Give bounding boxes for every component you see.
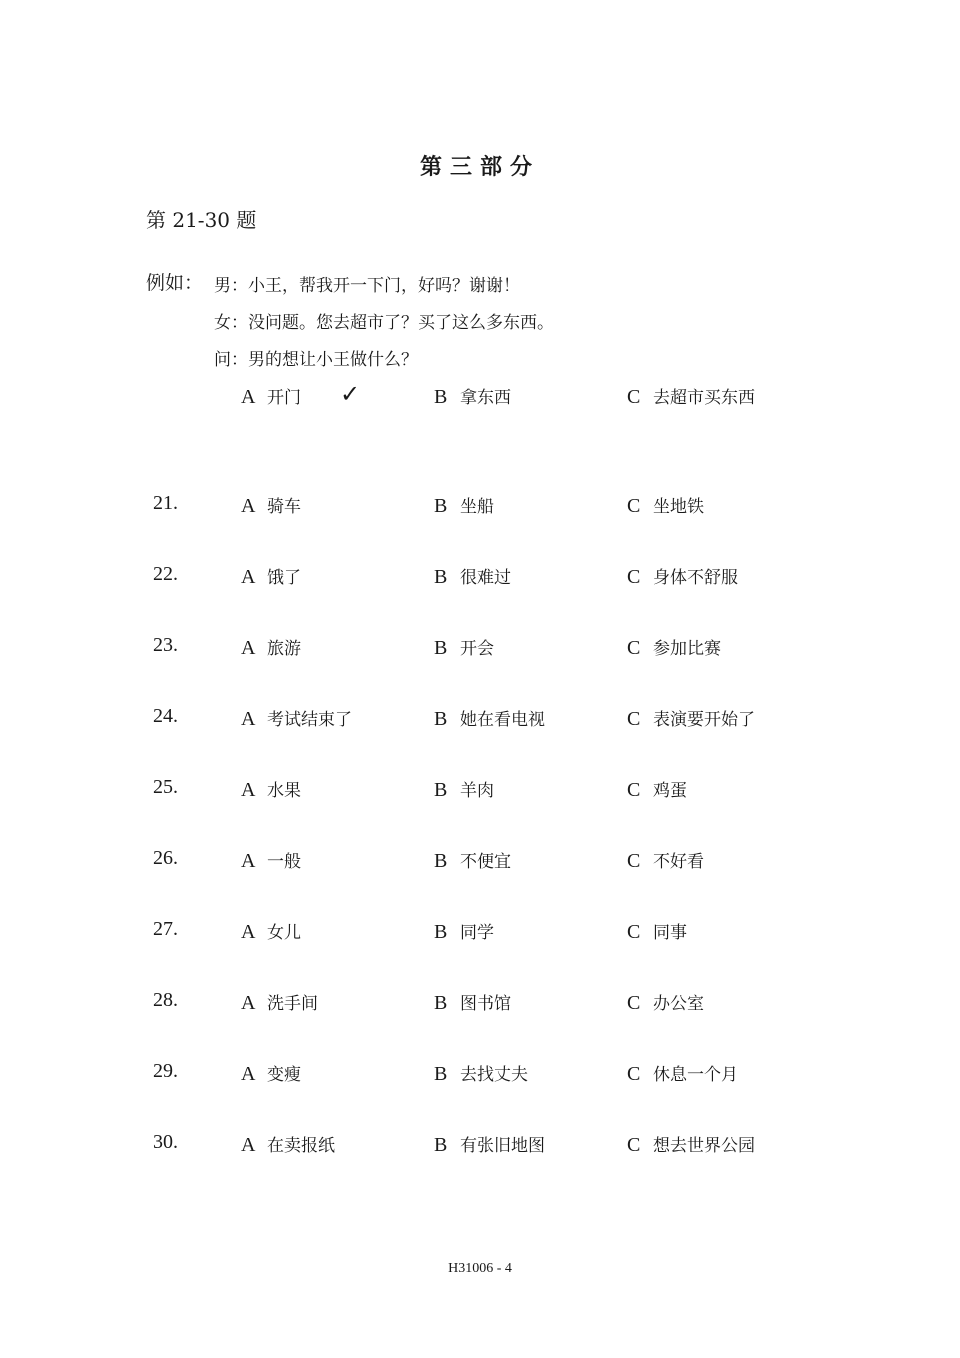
option-text: 拿东西 xyxy=(460,388,511,408)
option-letter: C xyxy=(627,850,653,873)
answer-option: B很难过 xyxy=(434,563,511,589)
option-text: 开门 xyxy=(267,388,301,408)
question-number: 29. xyxy=(153,1060,178,1083)
question-range: 第 21-30 题 xyxy=(146,204,256,233)
example-label: 例如： xyxy=(146,268,203,295)
option-letter: A xyxy=(241,386,267,409)
answer-option: C想去世界公园 xyxy=(627,1131,755,1157)
option-text: 开会 xyxy=(460,639,494,659)
option-letter: C xyxy=(627,992,653,1015)
option-letter: B xyxy=(434,1063,460,1086)
page-footer: H31006 - 4 xyxy=(0,1261,960,1277)
option-text: 很难过 xyxy=(460,568,511,588)
example-line-question: 问：男的想让小王做什么？ xyxy=(214,345,418,370)
question-number: 26. xyxy=(153,847,178,870)
option-text: 想去世界公园 xyxy=(653,1136,755,1156)
option-text: 同学 xyxy=(460,923,494,943)
option-letter: A xyxy=(241,921,267,944)
answer-option: B去找丈夫 xyxy=(434,1060,528,1086)
option-text: 有张旧地图 xyxy=(460,1136,545,1156)
option-letter: A xyxy=(241,1063,267,1086)
answer-option: B同学 xyxy=(434,918,494,944)
option-letter: C xyxy=(627,921,653,944)
option-text: 坐地铁 xyxy=(653,497,704,517)
option-text: 考试结束了 xyxy=(267,710,352,730)
answer-option: C身体不舒服 xyxy=(627,563,738,589)
question-number: 24. xyxy=(153,705,178,728)
option-text: 一般 xyxy=(267,852,301,872)
question-number: 27. xyxy=(153,918,178,941)
example-line-woman: 女：没问题。您去超市了？买了这么多东西。 xyxy=(214,308,554,333)
answer-option: C表演要开始了 xyxy=(627,705,755,731)
example-option-c: C去超市买东西 xyxy=(627,383,755,409)
option-letter: C xyxy=(627,386,653,409)
option-text: 身体不舒服 xyxy=(653,568,738,588)
option-letter: B xyxy=(434,1134,460,1157)
option-letter: C xyxy=(627,566,653,589)
answer-option: B坐船 xyxy=(434,492,494,518)
option-text: 休息一个月 xyxy=(653,1065,738,1085)
example-option-a: A开门 xyxy=(241,383,301,409)
question-number: 28. xyxy=(153,989,178,1012)
option-letter: A xyxy=(241,1134,267,1157)
option-letter: A xyxy=(241,779,267,802)
option-text: 同事 xyxy=(653,923,687,943)
option-letter: C xyxy=(627,1063,653,1086)
option-text: 坐船 xyxy=(460,497,494,517)
option-text: 去找丈夫 xyxy=(460,1065,528,1085)
option-text: 鸡蛋 xyxy=(653,781,687,801)
answer-option: C休息一个月 xyxy=(627,1060,738,1086)
option-letter: B xyxy=(434,637,460,660)
option-text: 去超市买东西 xyxy=(653,388,755,408)
option-text: 骑车 xyxy=(267,497,301,517)
option-text: 她在看电视 xyxy=(460,710,545,730)
option-letter: A xyxy=(241,495,267,518)
option-text: 不便宜 xyxy=(460,852,511,872)
answer-option: C鸡蛋 xyxy=(627,776,687,802)
question-number: 30. xyxy=(153,1131,178,1154)
option-text: 女儿 xyxy=(267,923,301,943)
answer-option: A变瘦 xyxy=(241,1060,301,1086)
option-letter: A xyxy=(241,708,267,731)
option-letter: B xyxy=(434,850,460,873)
option-letter: C xyxy=(627,495,653,518)
answer-option: C参加比赛 xyxy=(627,634,721,660)
answer-option: C同事 xyxy=(627,918,687,944)
option-letter: A xyxy=(241,566,267,589)
question-number: 21. xyxy=(153,492,178,515)
answer-option: B图书馆 xyxy=(434,989,511,1015)
option-letter: B xyxy=(434,779,460,802)
answer-option: A旅游 xyxy=(241,634,301,660)
option-letter: B xyxy=(434,921,460,944)
option-letter: B xyxy=(434,386,460,409)
check-mark-icon: ✓ xyxy=(340,380,360,408)
option-text: 表演要开始了 xyxy=(653,710,755,730)
option-text: 水果 xyxy=(267,781,301,801)
option-letter: C xyxy=(627,1134,653,1157)
option-letter: A xyxy=(241,850,267,873)
answer-option: C不好看 xyxy=(627,847,704,873)
option-text: 羊肉 xyxy=(460,781,494,801)
option-text: 图书馆 xyxy=(460,994,511,1014)
answer-option: A水果 xyxy=(241,776,301,802)
answer-option: A骑车 xyxy=(241,492,301,518)
answer-option: B她在看电视 xyxy=(434,705,545,731)
answer-option: B有张旧地图 xyxy=(434,1131,545,1157)
option-letter: C xyxy=(627,708,653,731)
option-letter: A xyxy=(241,637,267,660)
question-number: 22. xyxy=(153,563,178,586)
option-text: 旅游 xyxy=(267,639,301,659)
option-text: 不好看 xyxy=(653,852,704,872)
answer-option: A考试结束了 xyxy=(241,705,352,731)
answer-option: A女儿 xyxy=(241,918,301,944)
answer-option: B不便宜 xyxy=(434,847,511,873)
answer-option: A一般 xyxy=(241,847,301,873)
option-letter: C xyxy=(627,637,653,660)
answer-option: A饿了 xyxy=(241,563,301,589)
example-option-b: B拿东西 xyxy=(434,383,511,409)
question-number: 23. xyxy=(153,634,178,657)
answer-option: A洗手间 xyxy=(241,989,318,1015)
option-text: 洗手间 xyxy=(267,994,318,1014)
option-letter: B xyxy=(434,992,460,1015)
option-letter: B xyxy=(434,566,460,589)
answer-option: A在卖报纸 xyxy=(241,1131,335,1157)
option-text: 办公室 xyxy=(653,994,704,1014)
question-number: 25. xyxy=(153,776,178,799)
answer-option: B开会 xyxy=(434,634,494,660)
option-text: 变瘦 xyxy=(267,1065,301,1085)
section-title: 第三部分 xyxy=(0,150,960,181)
option-letter: B xyxy=(434,495,460,518)
example-line-man: 男：小王，帮我开一下门，好吗？谢谢！ xyxy=(214,271,520,296)
option-letter: A xyxy=(241,992,267,1015)
option-text: 饿了 xyxy=(267,568,301,588)
option-text: 参加比赛 xyxy=(653,639,721,659)
answer-option: C办公室 xyxy=(627,989,704,1015)
option-text: 在卖报纸 xyxy=(267,1136,335,1156)
answer-option: C坐地铁 xyxy=(627,492,704,518)
option-letter: B xyxy=(434,708,460,731)
answer-option: B羊肉 xyxy=(434,776,494,802)
option-letter: C xyxy=(627,779,653,802)
